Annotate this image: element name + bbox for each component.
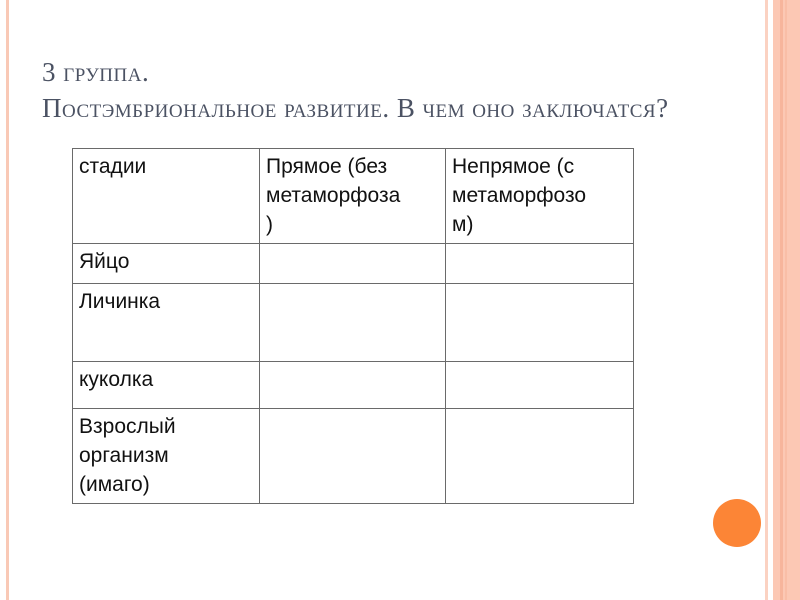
table-header-row: стадии Прямое (без метаморфоза ) Непрямо… — [73, 149, 634, 244]
title-line-topic: Постэмбриональное развитие. В чем оно за… — [42, 90, 742, 126]
stage-cell: куколка — [73, 362, 260, 409]
indirect-cell[interactable] — [446, 362, 634, 409]
table-row: Яйцо — [73, 244, 634, 284]
direct-cell[interactable] — [260, 284, 446, 362]
left-decorative-rule — [6, 0, 9, 600]
direct-cell[interactable] — [260, 362, 446, 409]
development-stages-table: стадии Прямое (без метаморфоза ) Непрямо… — [72, 148, 634, 504]
band-stripe — [785, 0, 787, 600]
orange-circle-decoration — [713, 499, 761, 547]
stage-cell: Личинка — [73, 284, 260, 362]
title-line-group: 3 группа. — [42, 54, 742, 90]
right-decorative-band — [773, 0, 800, 600]
right-decorative-line — [765, 0, 768, 600]
table-row: Личинка — [73, 284, 634, 362]
stage-cell: Яйцо — [73, 244, 260, 284]
slide-title: 3 группа. Постэмбриональное развитие. В … — [42, 54, 742, 126]
indirect-cell[interactable] — [446, 244, 634, 284]
header-cell-indirect: Непрямое (с метаморфозо м) — [446, 149, 634, 244]
table-row: Взрослый организм (имаго) — [73, 409, 634, 504]
header-cell-direct: Прямое (без метаморфоза ) — [260, 149, 446, 244]
stage-cell: Взрослый организм (имаго) — [73, 409, 260, 504]
table-row: куколка — [73, 362, 634, 409]
header-cell-stages: стадии — [73, 149, 260, 244]
indirect-cell[interactable] — [446, 409, 634, 504]
band-stripe — [780, 0, 783, 600]
direct-cell[interactable] — [260, 244, 446, 284]
direct-cell[interactable] — [260, 409, 446, 504]
indirect-cell[interactable] — [446, 284, 634, 362]
